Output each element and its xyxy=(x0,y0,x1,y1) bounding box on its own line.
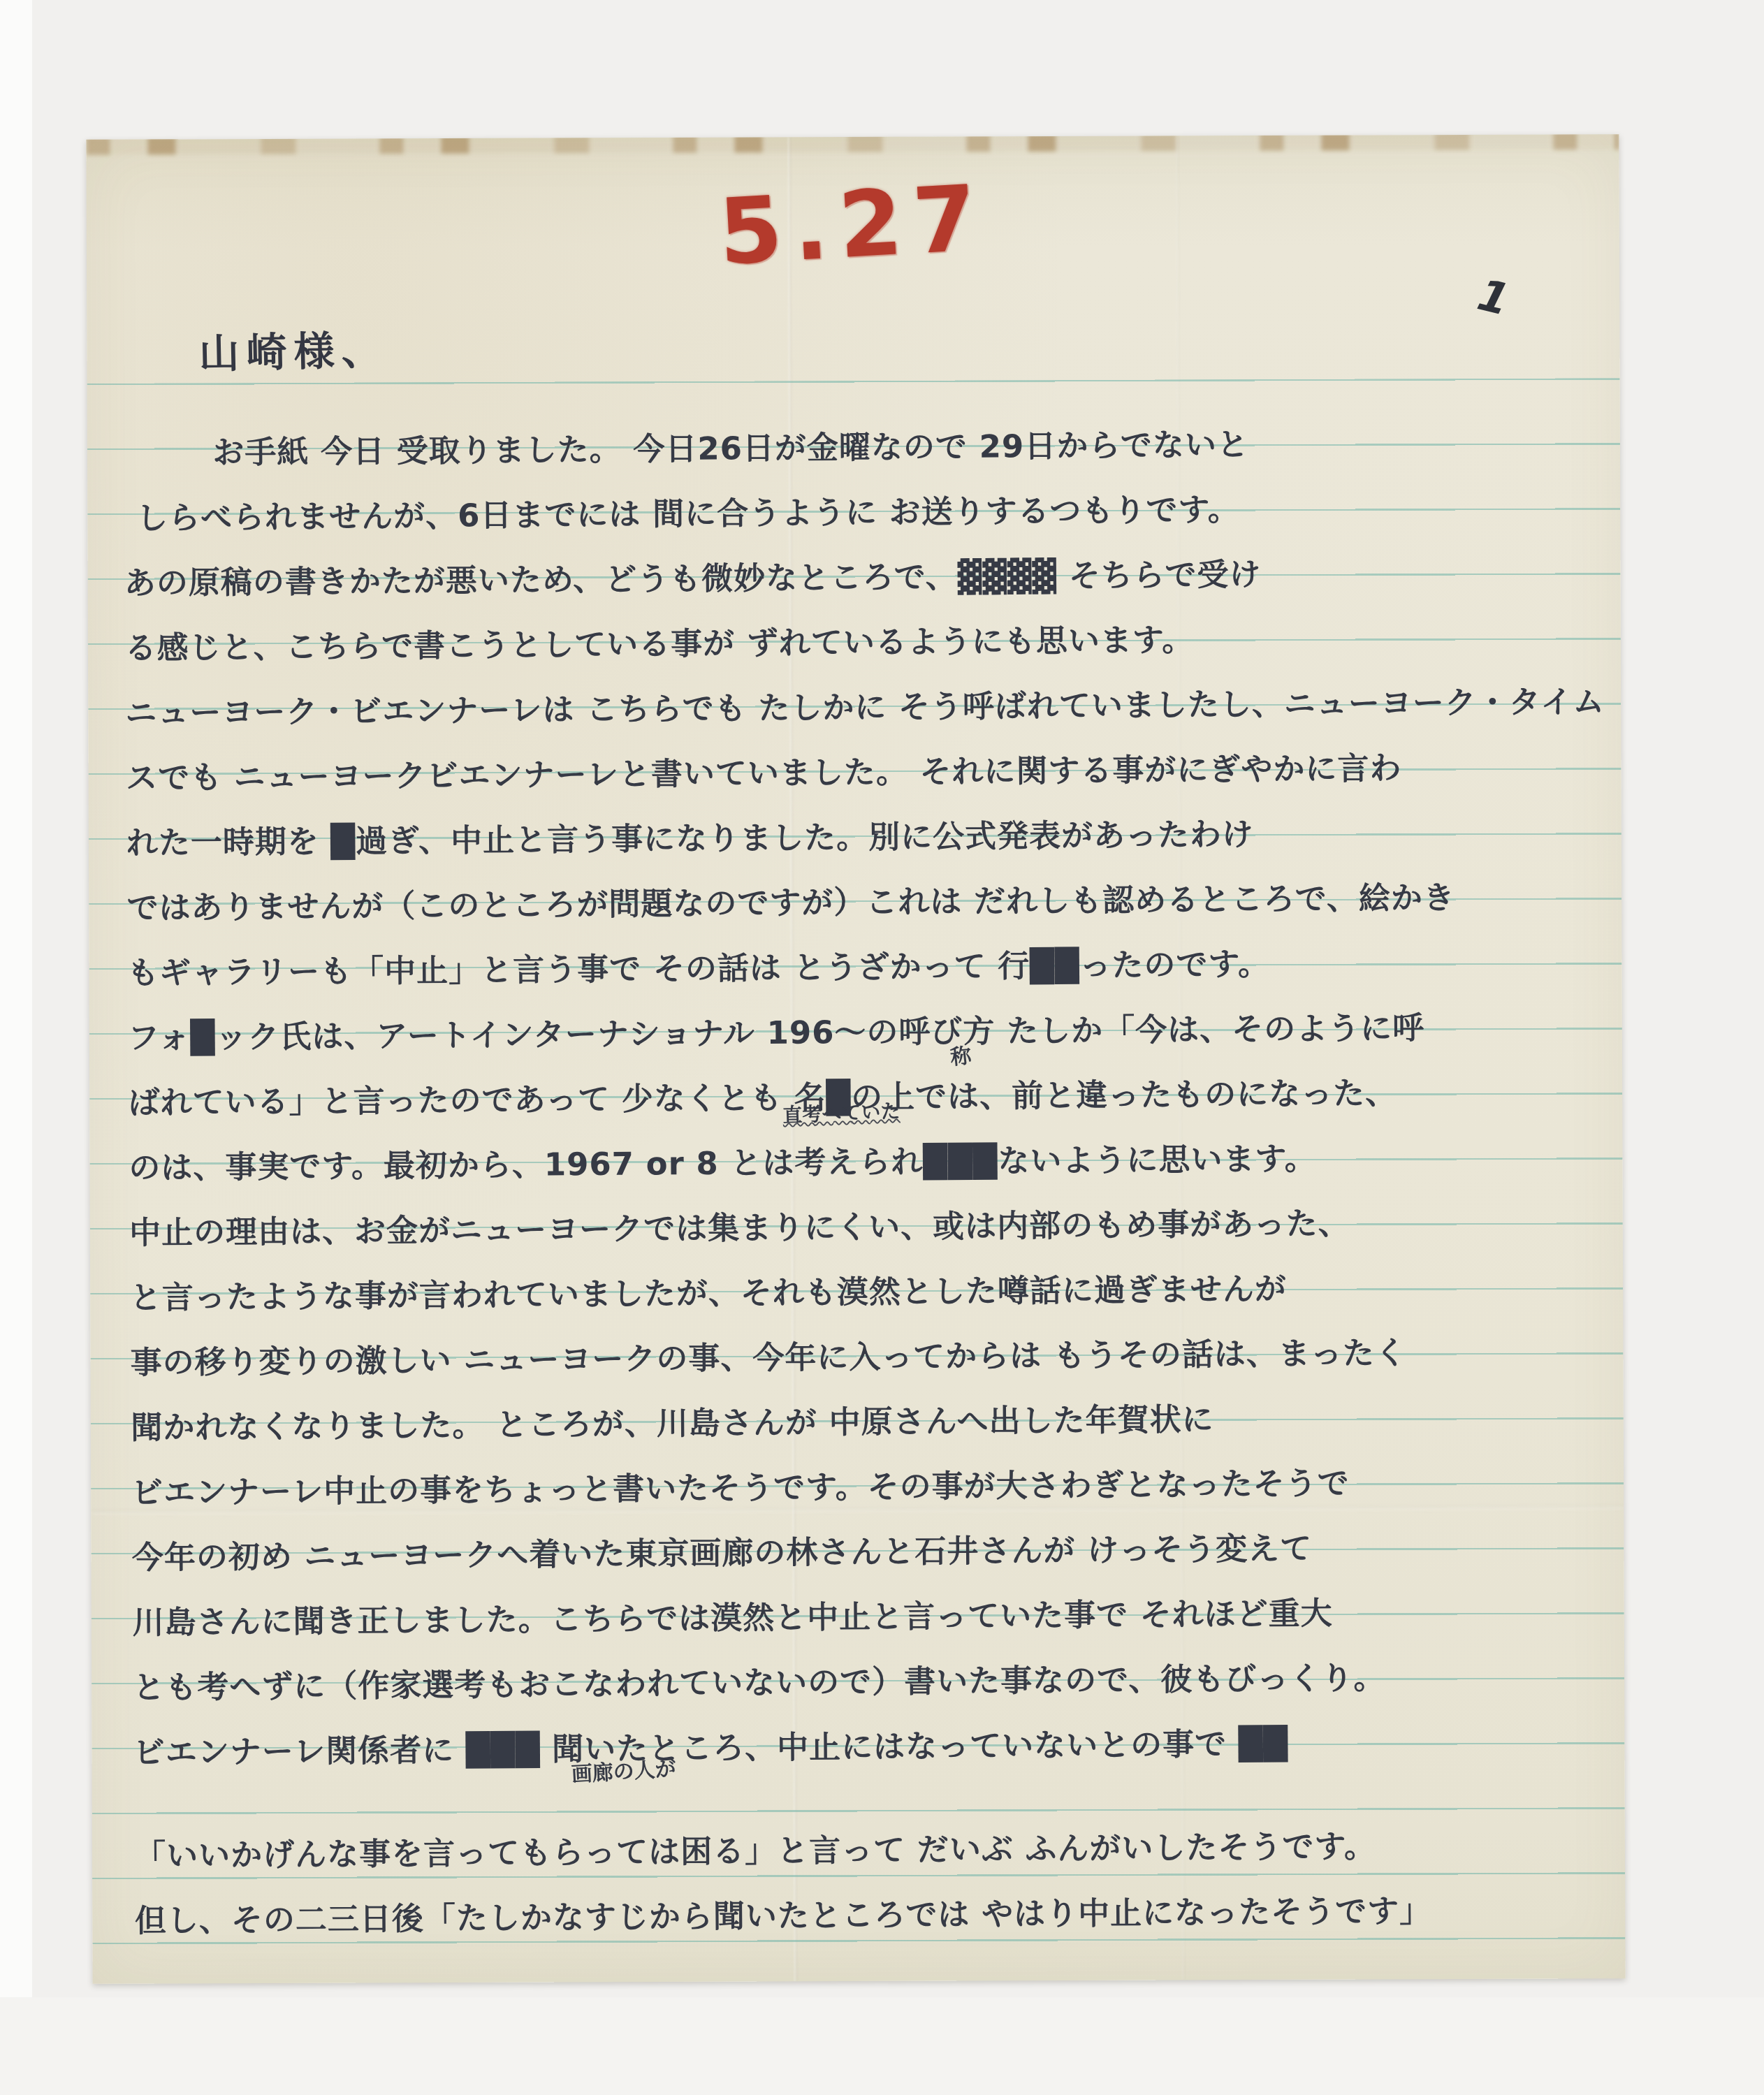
scanned-letter-page: { "document": { "kind": "handwritten-let… xyxy=(0,0,1764,2095)
letter-line: 事の移り変りの激しい ニューヨークの事、今年に入ってからは もうその話は、まった… xyxy=(130,1319,1614,1396)
letter-line: お手紙 今日 受取りました。 今日26日が金曜なので 29日からでないと xyxy=(123,409,1608,486)
interlinear-note-naoshi: 直考へていた xyxy=(782,1096,901,1128)
scanner-backing-bottom xyxy=(0,1997,1764,2095)
letter-line: ビエンナーレ関係者に ███ 聞いたところ、中止にはなっていないとの事で ██ xyxy=(133,1709,1618,1786)
scanner-backing-left xyxy=(0,0,32,2095)
letter-paper-sheet: 5.27 1 山崎様、 お手紙 今日 受取りました。 今日26日が金曜なので 2… xyxy=(86,134,1625,1984)
date-stamp: 5.27 xyxy=(716,164,991,285)
letter-line: とも考へずに（作家選考もおこなわれていないので）書いた事なので、彼もびっくり。 xyxy=(133,1644,1617,1721)
letter-line: しらべられませんが、6日までには 間に合うように お送りするつもりです。 xyxy=(124,474,1608,551)
page-number: 1 xyxy=(1468,270,1519,324)
letter-body: お手紙 今日 受取りました。 今日26日が金曜なので 29日からでないと しらべ… xyxy=(123,409,1619,1954)
letter-line: 今年の初め ニューヨークへ着いた東京画廊の林さんと石井さんが けっそう変えて xyxy=(131,1514,1616,1591)
letter-line: 「いいかげんな事を言ってもらっては困る」と言って だいぶ ふんがいしたそうです。 xyxy=(134,1812,1619,1889)
interlinear-correction-sho: 称 xyxy=(949,1038,973,1071)
letter-line: もギャラリーも「中止」と言う事で その話は とうざかって 行██ったのです。 xyxy=(127,929,1612,1006)
letter-line: フォ█ック氏は、アートインターナショナル 196〜の呼び方 たしか「今は、そのよ… xyxy=(128,994,1612,1071)
letter-line: と言ったような事が言われていましたが、それも漠然とした噂話に過ぎませんが xyxy=(130,1254,1614,1331)
letter-line: ビエンナーレ中止の事をちょっと書いたそうです。その事が大さわぎとなったそうで xyxy=(131,1449,1616,1526)
letter-line: スでも ニューヨークビエンナーレと書いていました。 それに関する事がにぎやかに言… xyxy=(126,734,1610,811)
letter-line: 但し、その二三日後「たしかなすじから聞いたところでは やはり中止になったそうです… xyxy=(135,1877,1619,1954)
letter-greeting: 山崎様、 xyxy=(198,317,390,380)
letter-line: 聞かれなくなりました。 ところが、川島さんが 中原さんへ出した年賀状に xyxy=(131,1384,1615,1461)
paper-top-stain xyxy=(86,134,1619,155)
letter-line: れた一時期を █過ぎ、中止と言う事になりました。別に公式発表があったわけ xyxy=(126,799,1610,876)
letter-line: ニューヨーク・ビエンナーレは こちらでも たしかに そう呼ばれていましたし、ニュ… xyxy=(125,669,1610,746)
letter-line: あの原稿の書きかたが悪いため、どうも微妙なところで、▓▓▓▓ そちらで受け xyxy=(124,539,1608,616)
letter-line: 中止の理由は、お金がニューヨークでは集まりにくい、或は内部のもめ事があった、 xyxy=(129,1189,1614,1266)
letter-line: ではありませんが（このところが問題なのですが）これは だれしも認めるところで、絵… xyxy=(126,864,1611,941)
letter-line: 川島さんに聞き正しました。こちらでは漠然と中止と言っていた事で それほど重大 xyxy=(132,1579,1617,1656)
interlinear-note-garo-no-hito: 画廊の人が xyxy=(570,1751,676,1788)
letter-line: る感じと、こちらで書こうとしている事が ずれているようにも思います。 xyxy=(124,604,1609,681)
letter-line: のは、事実です。最初から、1967 or 8 とは考えられ███ないように思いま… xyxy=(129,1124,1613,1201)
